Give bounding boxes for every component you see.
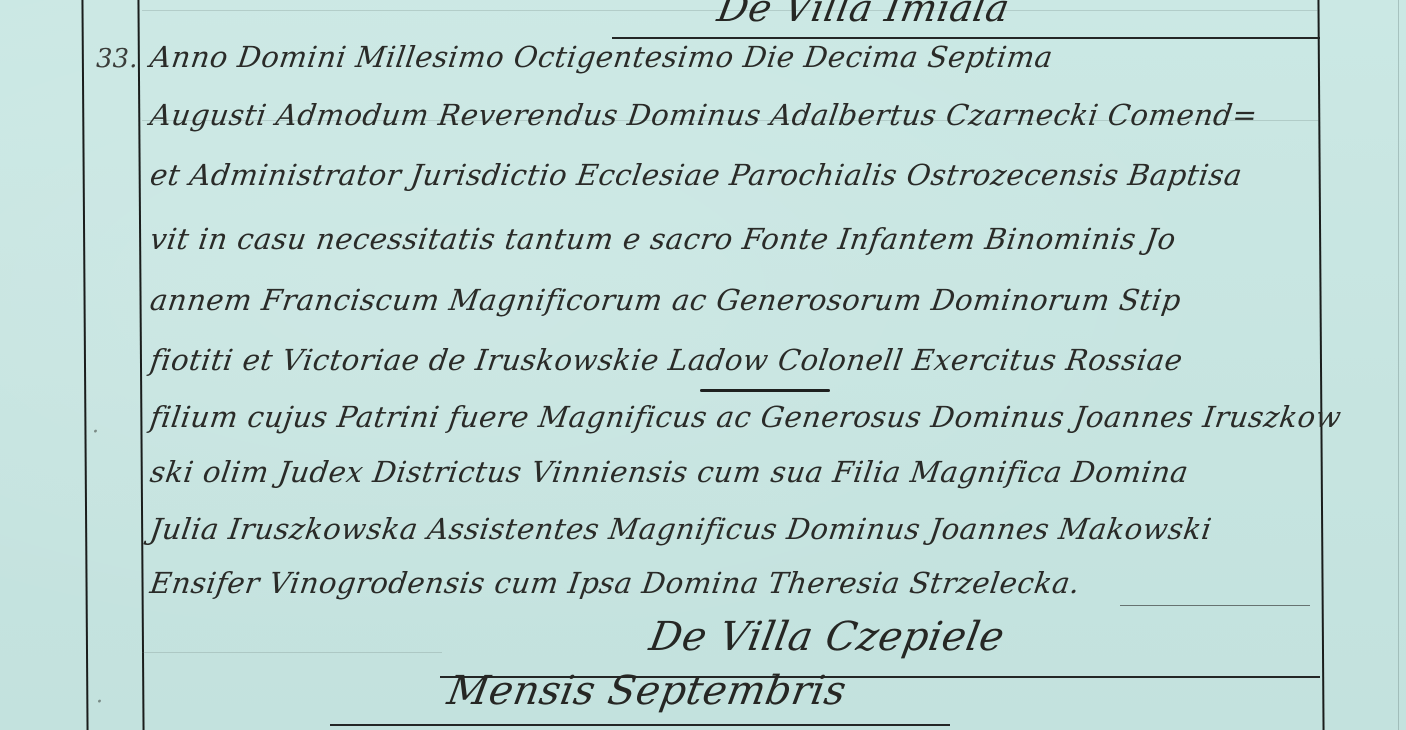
section-heading-imiala: De Villa Imiala [714,0,1013,30]
month-heading: Mensis Septembris [444,668,850,714]
heading-underline-imiala [612,37,1320,39]
heading-underline-month [330,724,950,726]
entry-line-7: filium cujus Patrini fuere Magnificus ac… [148,400,1321,434]
faint-rule [142,652,442,653]
entry-line-6: fiotiti et Victoriae de Iruskowskie Lado… [148,343,1321,377]
entry-line-1: Anno Domini Millesimo Octigentesimo Die … [148,40,1321,74]
margin-rule-outer [81,0,88,730]
margin-dot: · [96,690,103,715]
entry-line-4: vit in casu necessitatis tantum e sacro … [148,222,1321,256]
ink-flourish [700,389,830,392]
margin-rule-inner [137,0,144,730]
margin-dot: · [92,420,99,445]
page-edge [1398,0,1399,730]
entry-line-3: et Administrator Jurisdictio Ecclesiae P… [148,158,1321,192]
line-filler-dash [1120,605,1310,606]
entry-line-10: Ensifer Vinogrodensis cum Ipsa Domina Th… [148,566,1321,600]
entry-number: 33. [96,44,137,74]
section-heading-czepiele: De Villa Czepiele [646,614,1008,660]
entry-line-9: Julia Iruszkowska Assistentes Magnificus… [148,512,1321,546]
entry-line-2: Augusti Admodum Reverendus Dominus Adalb… [148,98,1321,132]
entry-line-8: ski olim Judex Districtus Vinniensis cum… [148,455,1321,489]
register-page: De Villa Imiala 33. Anno Domini Millesim… [0,0,1406,730]
entry-line-5: annem Franciscum Magnificorum ac Generos… [148,283,1321,317]
